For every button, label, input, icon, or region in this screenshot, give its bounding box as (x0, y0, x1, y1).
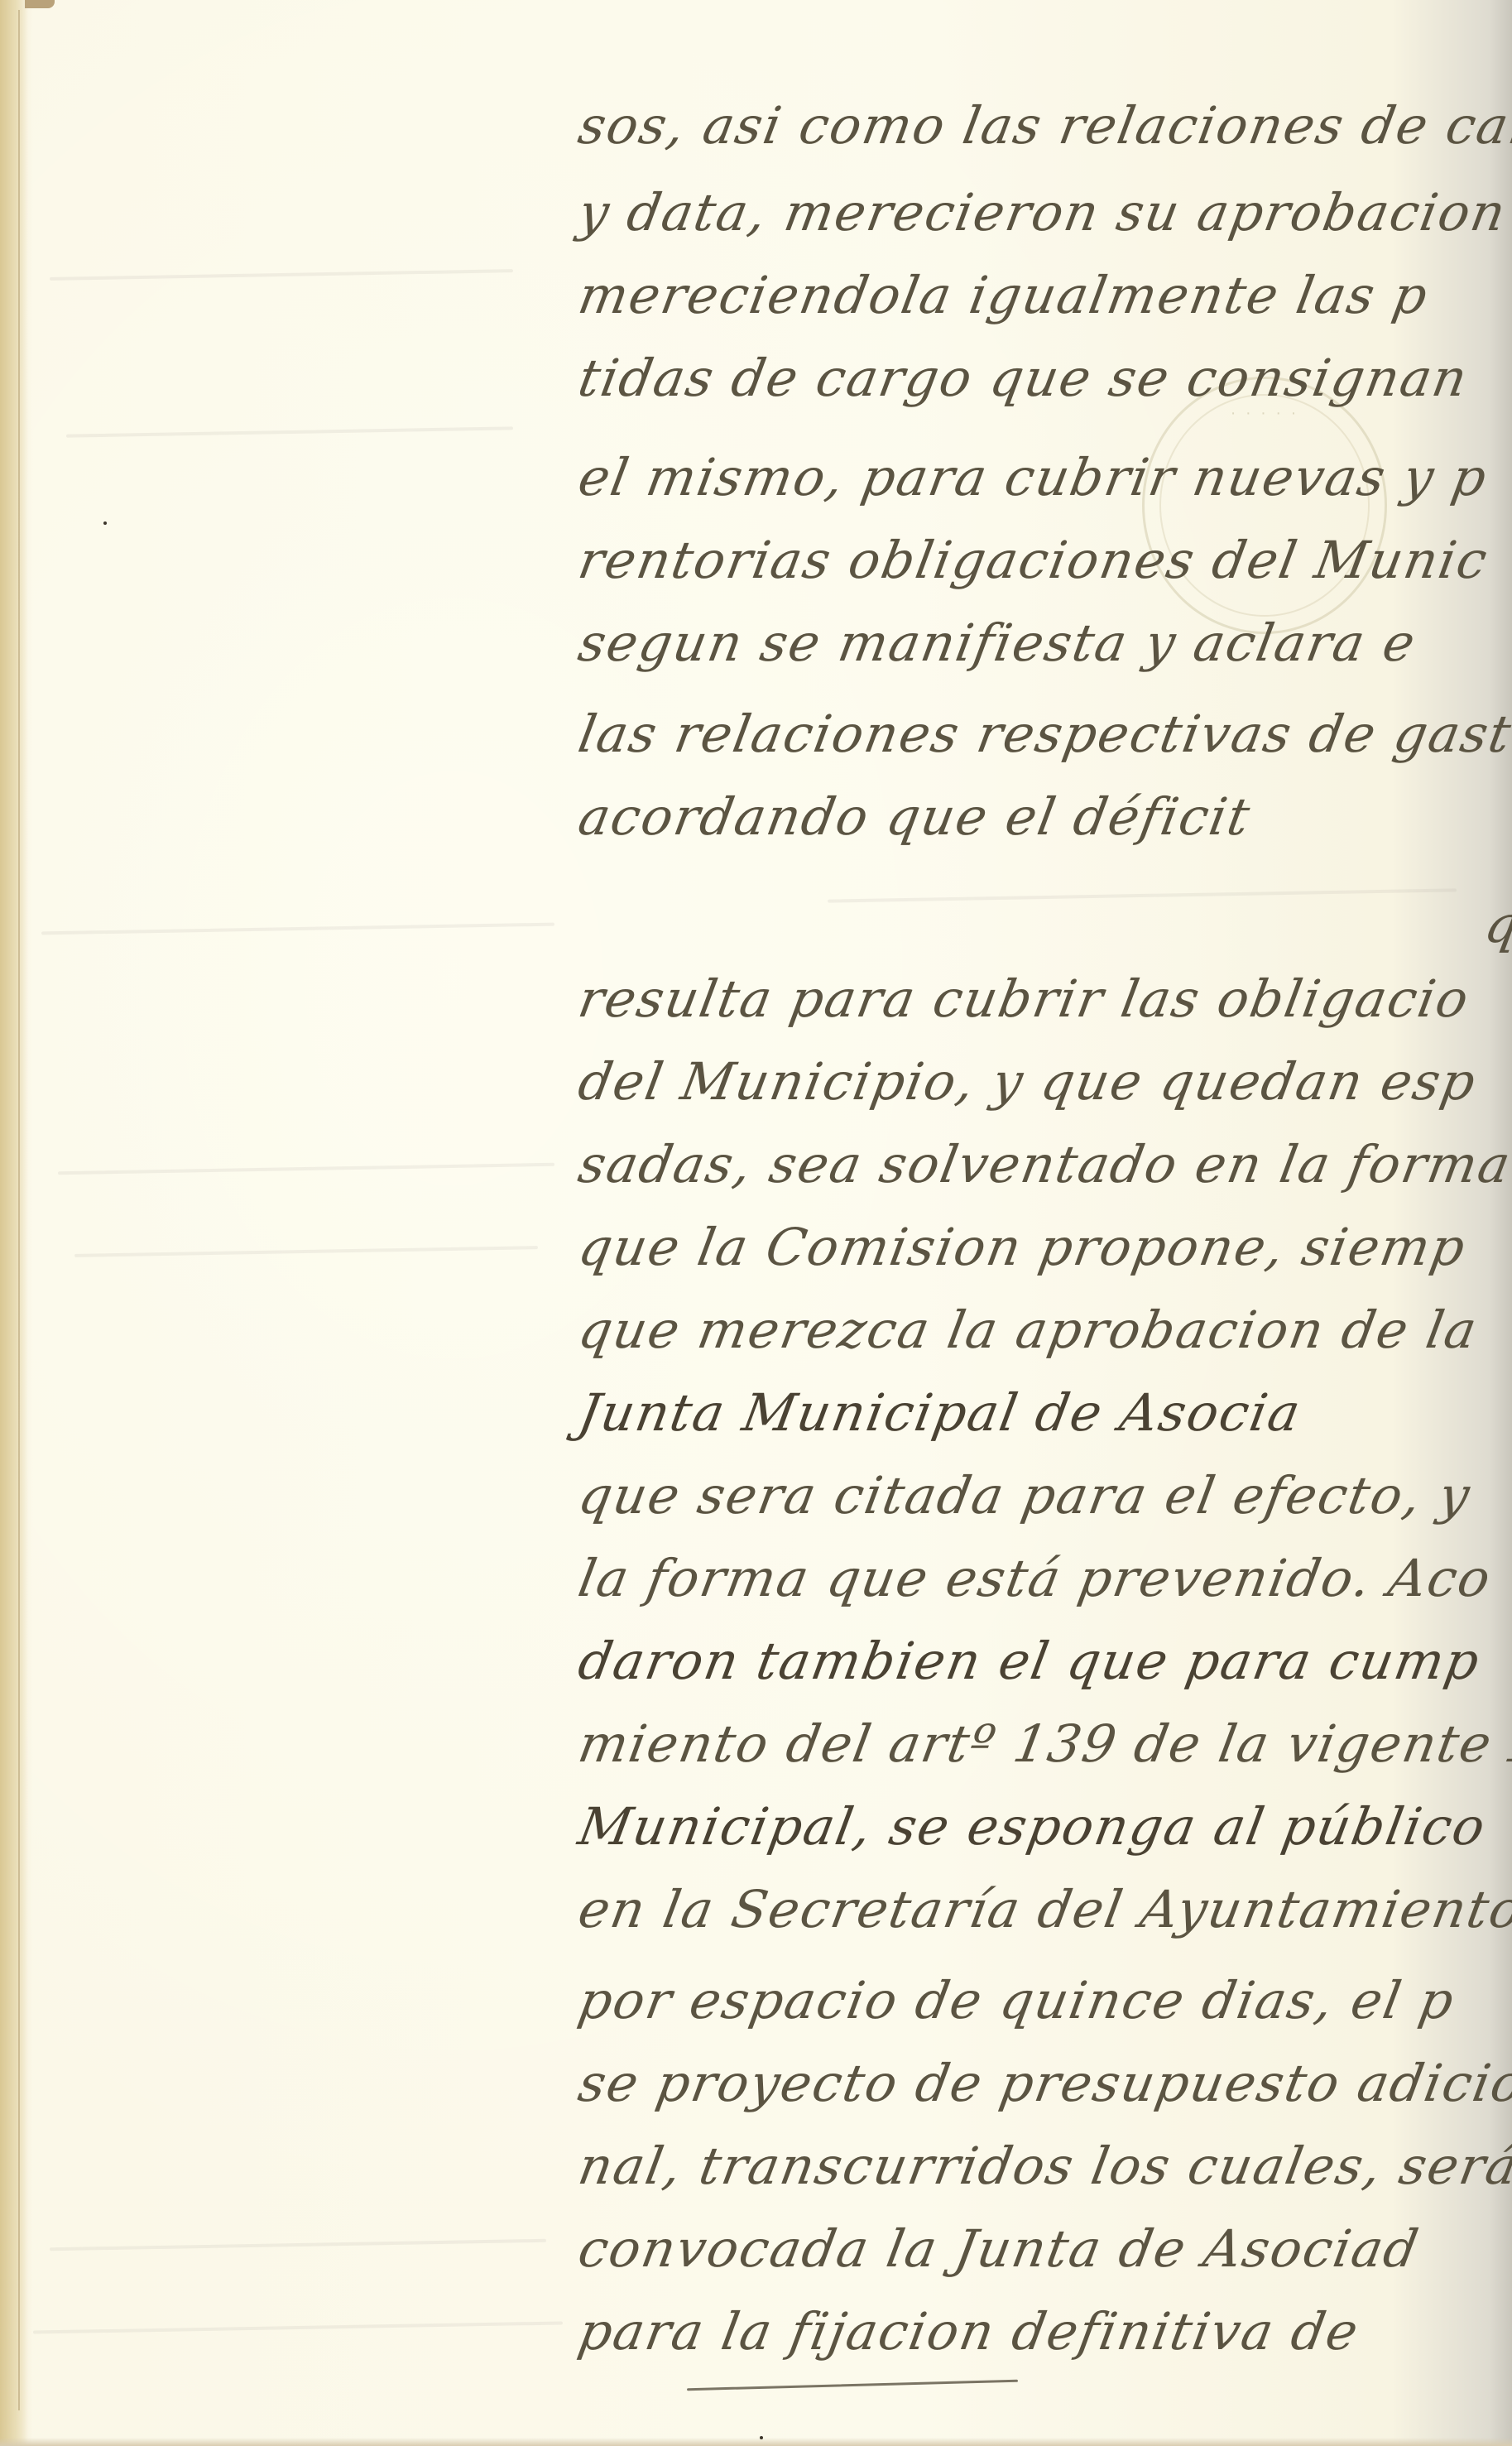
text-line: la forma que está prevenido. Aco (574, 1548, 1497, 1608)
text-line: el mismo, para cubrir nuevas y p (574, 447, 1493, 507)
bleed-through (74, 1246, 538, 1257)
text-line: tidas de cargo que se consignan (574, 348, 1473, 408)
corner-tab (25, 0, 55, 8)
text-line: y data, merecieron su aprobacion (574, 182, 1512, 243)
text-line: que merezca la aprobacion de la (574, 1300, 1483, 1360)
text-line: se proyecto de presupuesto adicio (574, 2053, 1512, 2113)
bleed-through (50, 2239, 546, 2251)
bleed-through (58, 1163, 554, 1175)
bottom-edge (0, 2438, 1512, 2446)
text-line: sadas, sea solventado en la forma (574, 1134, 1512, 1194)
text-line: que la Comision propone, siemp (574, 1217, 1471, 1277)
bleed-through (33, 2321, 563, 2333)
text-line: Junta Municipal de Asocia (574, 1382, 1307, 1443)
text-line: miento del artº 139 de la vigente Le (574, 1713, 1512, 1774)
text-line: rentorias obligaciones del Munic (574, 530, 1494, 590)
text-line: convocada la Junta de Asociad (574, 2218, 1424, 2279)
manuscript-page: · · · · · sos, asi como las relaciones d… (0, 0, 1512, 2446)
text-line: Municipal, se esponga al público (574, 1796, 1491, 1857)
text-line: daron tambien el que para cump (574, 1631, 1486, 1691)
bleed-through (41, 923, 554, 935)
text-line: resulta para cubrir las obligacio (574, 968, 1475, 1029)
text-line: mereciendola igualmente las p (574, 265, 1433, 325)
binding-edge (0, 0, 28, 2446)
text-line-fragment: q (1481, 894, 1512, 954)
text-line: segun se manifiesta y aclara e (574, 613, 1421, 673)
text-line: que sera citada para el efecto, y (574, 1465, 1476, 1526)
text-line: en la Secretaría del Ayuntamiento (574, 1879, 1512, 1939)
closing-flourish (687, 2380, 1018, 2391)
text-line: para la fijacion definitiva de (574, 2301, 1365, 2362)
binding-crease (18, 10, 20, 2410)
text-line: del Municipio, y que quedan esp (574, 1051, 1481, 1112)
bleed-through (50, 269, 513, 281)
ink-speck (103, 521, 107, 525)
text-line: acordando que el déficit (574, 786, 1256, 847)
text-line: por espacio de quince dias, el p (574, 1970, 1460, 2030)
bleed-through (66, 426, 513, 437)
ink-speck (760, 2436, 763, 2439)
text-line: sos, asi como las relaciones de car (574, 95, 1512, 156)
text-line: las relaciones respectivas de gasto (574, 704, 1512, 764)
text-line: nal, transcurridos los cuales, será (574, 2136, 1512, 2196)
bleed-through (828, 888, 1457, 902)
